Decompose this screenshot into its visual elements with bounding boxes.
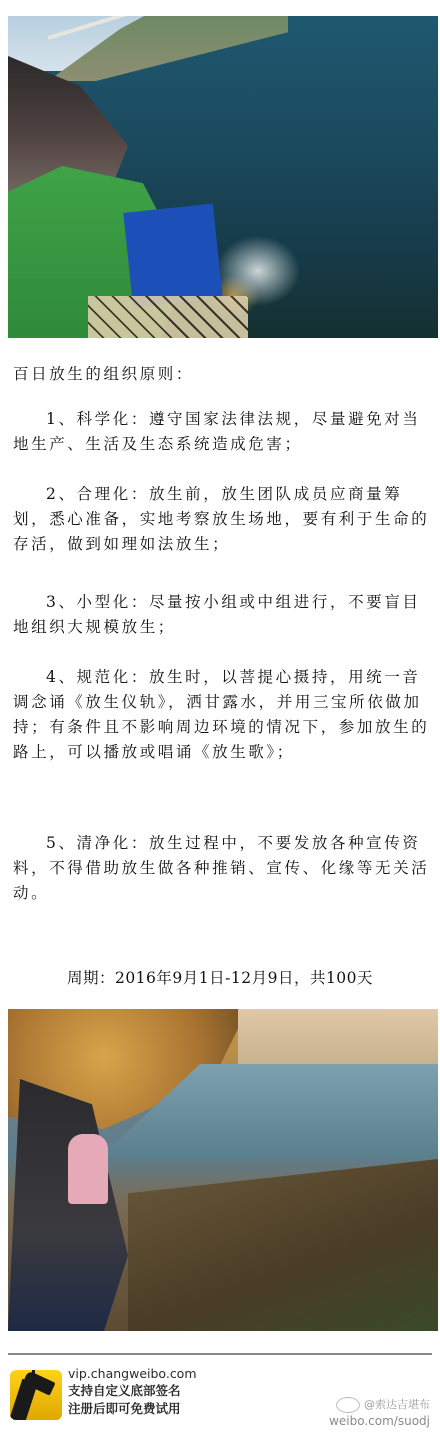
- blue-bin: [123, 204, 222, 308]
- footer-divider: [8, 1353, 432, 1355]
- hill-slope: [128, 1159, 438, 1331]
- principle-1: 1、科学化：遵守国家法律法规，尽量避免对当地生产、生活及生态系统造成危害；: [13, 407, 431, 457]
- person-pink-coat: [68, 1134, 108, 1204]
- principle-2: 2、合理化：放生前，放生团队成员应商量筹划，悉心准备，实地考察放生场地，要有利于…: [13, 482, 431, 557]
- article-heading: 百日放生的组织原则：: [13, 362, 432, 387]
- promo-line-2: 注册后即可免费试用: [68, 1400, 197, 1418]
- weibo-watermark: @索达吉堪布 weibo.com/suodj: [329, 1397, 430, 1429]
- promo-url[interactable]: vip.changweibo.com: [68, 1366, 197, 1382]
- promo-line-1: 支持自定义底部签名: [68, 1382, 197, 1400]
- watermark-handle: @索达吉堪布: [364, 1398, 430, 1411]
- watermark-site: weibo.com/suodj: [329, 1413, 430, 1429]
- giraffe-icon: [10, 1370, 62, 1420]
- weibo-icon: [336, 1397, 360, 1413]
- release-period: 周期：2016年9月1日-12月9日，共100天: [0, 966, 440, 991]
- photo-lake-procession: [8, 1009, 438, 1331]
- sand-bank: [238, 1009, 438, 1069]
- principle-5: 5、清净化：放生过程中，不要发放各种宣传资料，不得借助放生做各种推销、宣传、化缘…: [13, 831, 431, 906]
- principle-3: 3、小型化：尽量按小组或中组进行，不要盲目地组织大规模放生；: [13, 590, 431, 640]
- principle-4: 4、规范化：放生时，以菩提心摄持，用统一音调念诵《放生仪轨》，洒甘露水，并用三宝…: [13, 665, 431, 765]
- photo-fish-release: [8, 16, 438, 338]
- deck: [88, 296, 248, 338]
- changweibo-promo[interactable]: vip.changweibo.com 支持自定义底部签名 注册后即可免费试用: [10, 1366, 200, 1424]
